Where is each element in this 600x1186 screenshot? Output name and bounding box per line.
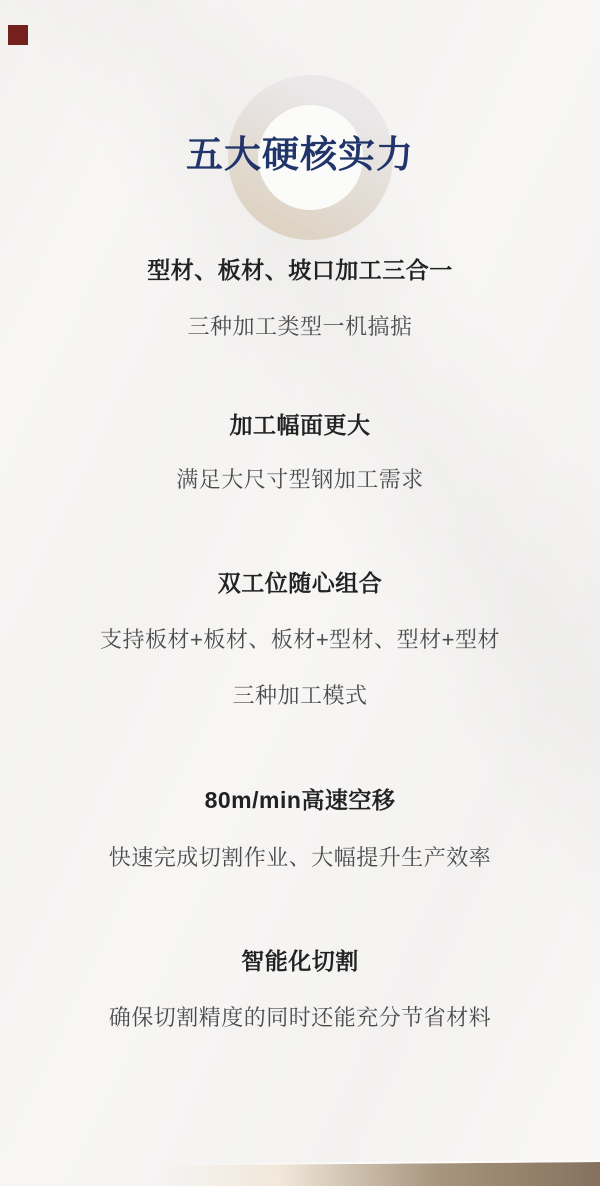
feature-heading: 80m/min高速空移 [0,787,600,813]
feature-description: 三种加工模式 [0,683,600,708]
feature-description: 快速完成切割作业、大幅提升生产效率 [0,845,600,870]
feature-heading: 型材、板材、坡口加工三合一 [0,257,600,283]
feature-description: 支持板材+板材、板材+型材、型材+型材 [0,627,600,652]
page-title: 五大硬核实力 [0,133,600,177]
bottom-gradient-bar [0,1162,600,1186]
corner-accent-square [8,25,28,45]
feature-heading: 智能化切割 [0,948,600,974]
feature-description: 三种加工类型一机搞掂 [0,314,600,339]
feature-heading: 双工位随心组合 [0,570,600,596]
feature-description: 确保切割精度的同时还能充分节省材料 [0,1005,600,1030]
feature-description: 满足大尺寸型钢加工需求 [0,467,600,492]
feature-heading: 加工幅面更大 [0,412,600,438]
poster-page: 五大硬核实力 型材、板材、坡口加工三合一 三种加工类型一机搞掂 加工幅面更大 满… [0,0,600,1186]
